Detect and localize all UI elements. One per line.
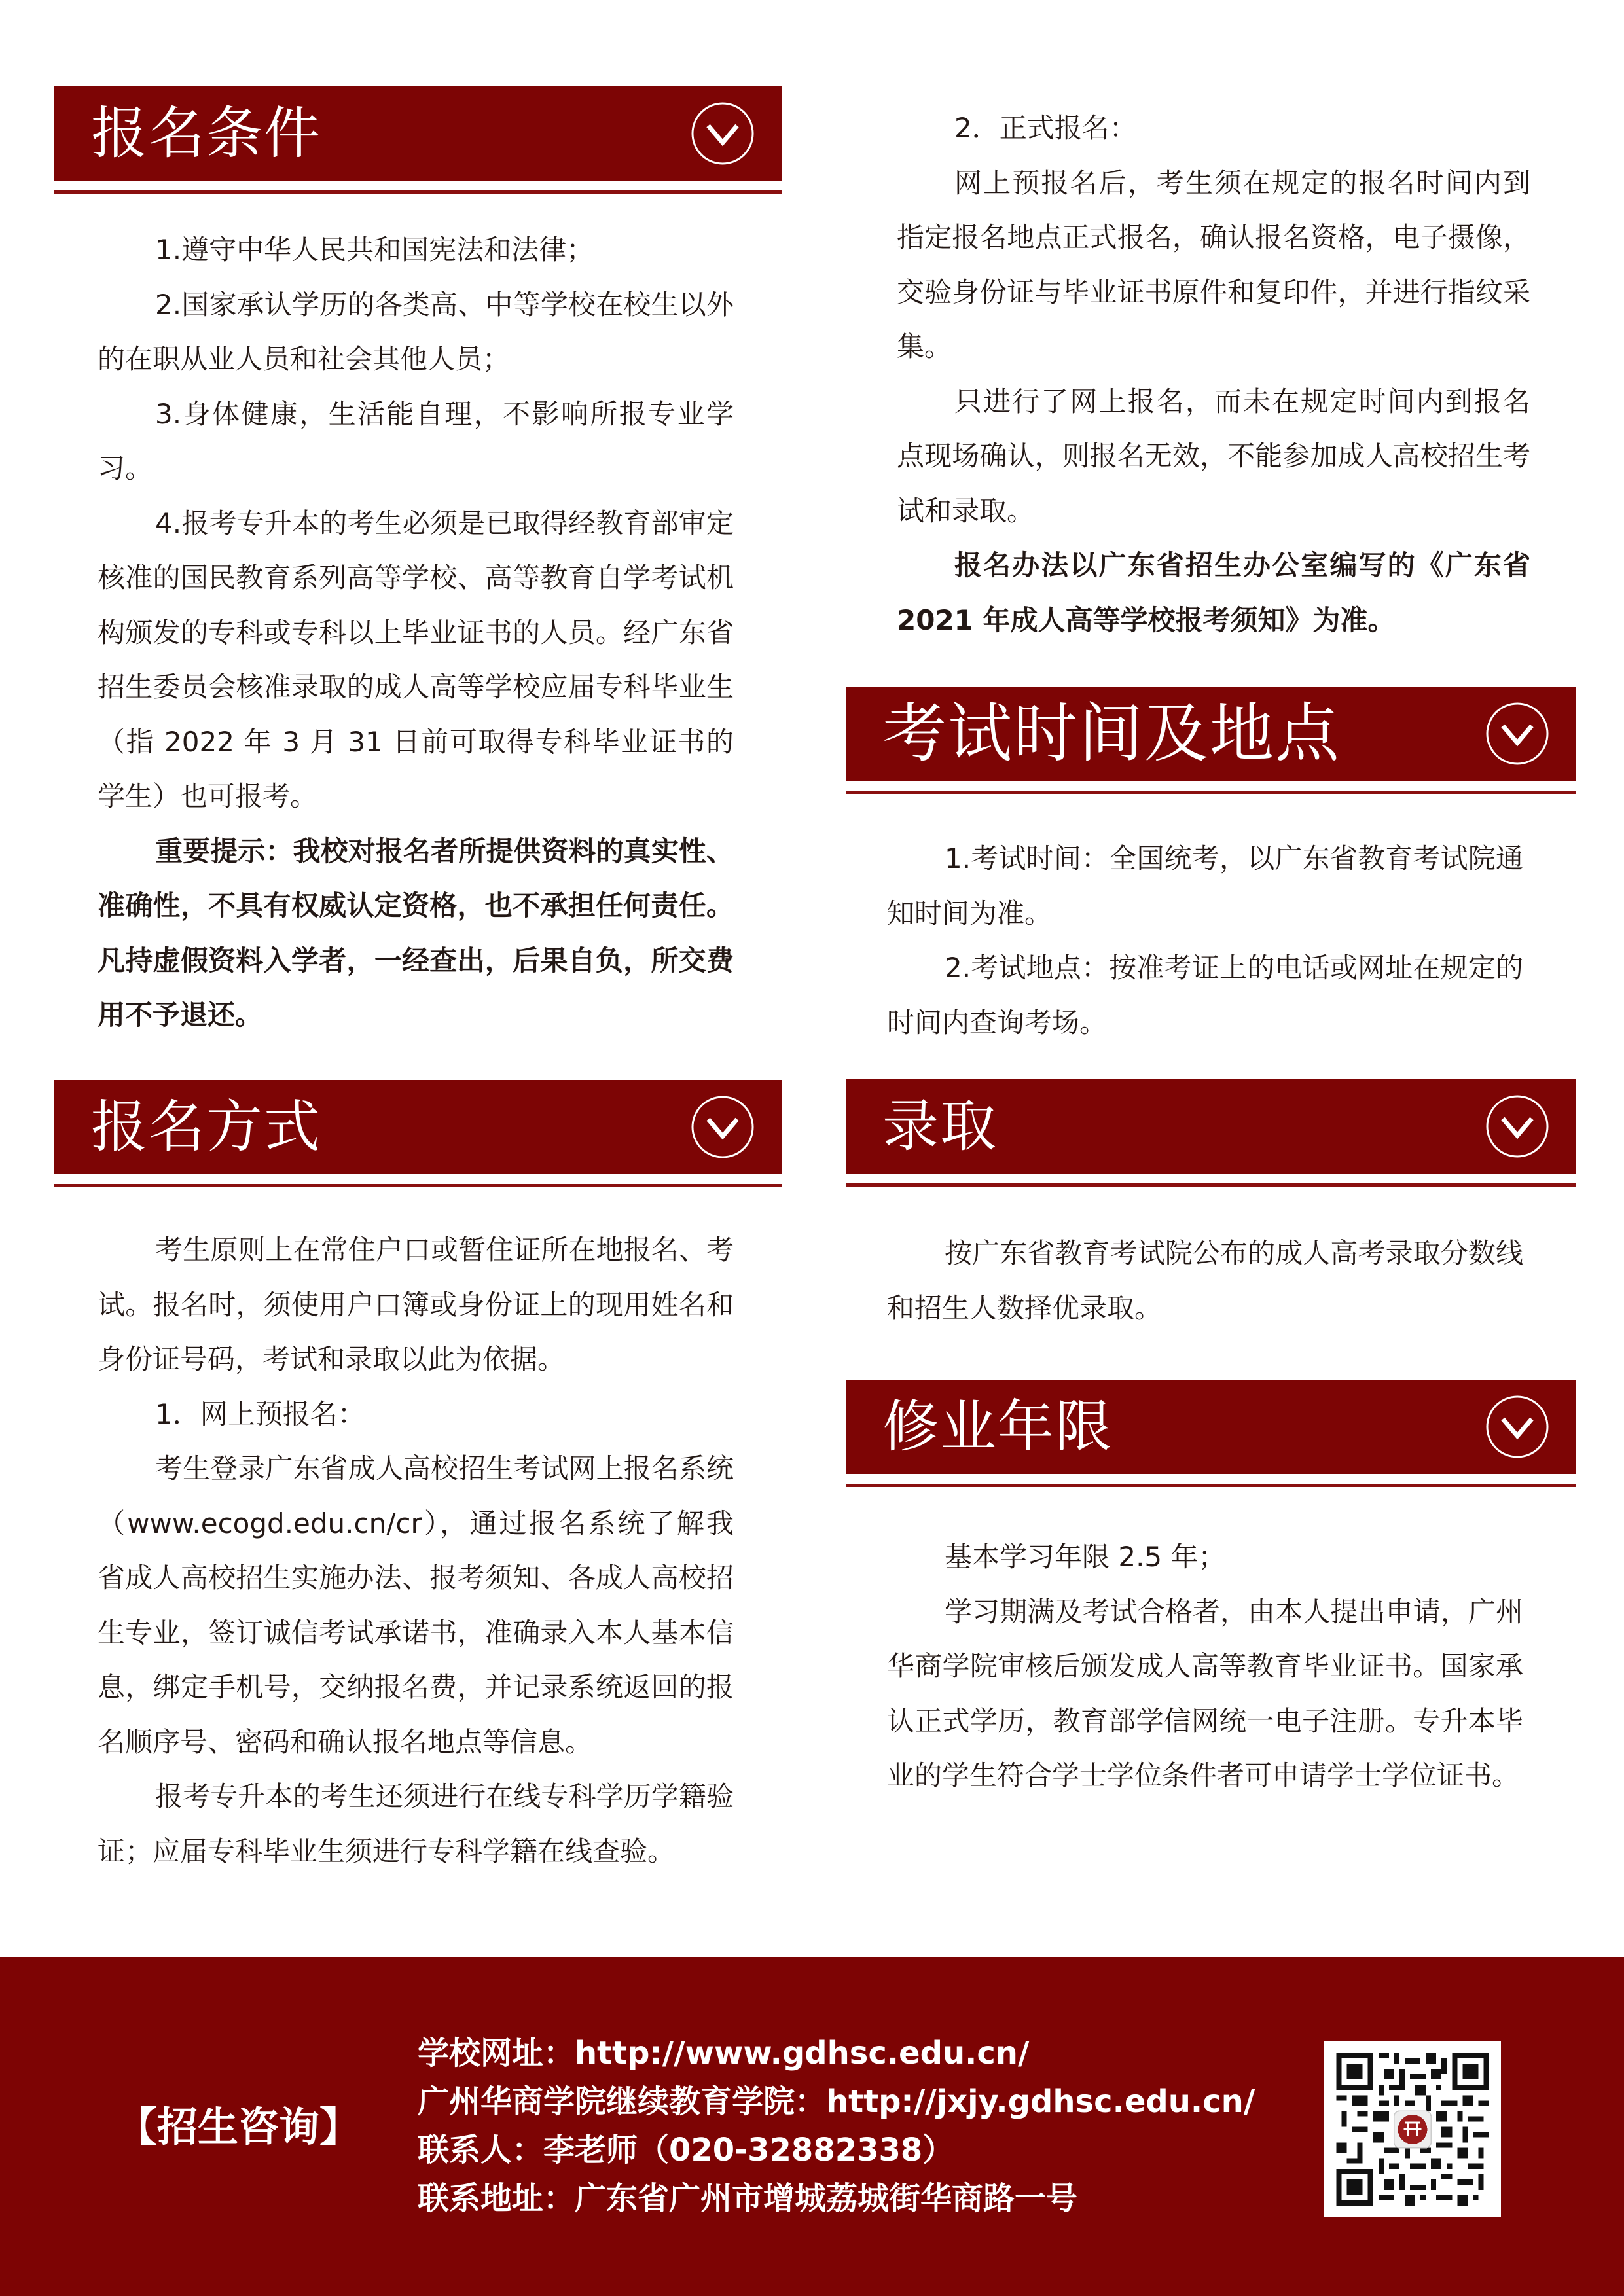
section-title: 报名方式 bbox=[91, 1080, 321, 1174]
section-divider bbox=[846, 1484, 1576, 1487]
important-notice: 重要提示：我校对报名者所提供资料的真实性、准确性，不具有权威认定资格，也不承担任… bbox=[98, 824, 734, 1043]
paragraph: 报考专升本的考生还须进行在线专科学历学籍验证；应届专科毕业生须进行专科学籍在线查… bbox=[98, 1769, 734, 1878]
school-website-line[interactable]: 学校网址：http://www.gdhsc.edu.cn/ bbox=[418, 2029, 1255, 2077]
paragraph: 只进行了网上报名，而未在规定时间内到报名点现场确认，则报名无效，不能参加成人高校… bbox=[897, 374, 1530, 539]
chevron-down-circle-icon[interactable] bbox=[691, 1096, 754, 1158]
section-body-admission: 按广东省教育考试院公布的成人高考录取分数线和招生人数择优录取。 bbox=[887, 1226, 1523, 1335]
paragraph: 按广东省教育考试院公布的成人高考录取分数线和招生人数择优录取。 bbox=[887, 1226, 1523, 1335]
section-header-requirements: 报名条件 bbox=[54, 86, 782, 181]
contact-footer: 【招生咨询】 学校网址：http://www.gdhsc.edu.cn/ 广州华… bbox=[0, 1957, 1624, 2296]
paragraph: 考生原则上在常住户口或暂住证所在地报名、考试。报名时，须使用户口簿或身份证上的现… bbox=[98, 1223, 734, 1387]
section-body-registration: 考生原则上在常住户口或暂住证所在地报名、考试。报名时，须使用户口簿或身份证上的现… bbox=[98, 1223, 734, 1878]
paragraph: 2.国家承认学历的各类高、中等学校在校生以外的在职从业人员和社会其他人员； bbox=[98, 278, 734, 387]
section-divider bbox=[54, 190, 782, 194]
chevron-down-circle-icon[interactable] bbox=[1486, 702, 1549, 765]
paragraph: 1．网上预报名： bbox=[98, 1387, 734, 1442]
paragraph: 3.身体健康，生活能自理，不影响所报专业学习。 bbox=[98, 387, 734, 496]
contact-address-line: 联系地址：广东省广州市增城荔城街华商路一号 bbox=[418, 2174, 1255, 2223]
section-header-exam: 考试时间及地点 bbox=[846, 687, 1576, 781]
paragraph: 网上预报名后，考生须在规定的报名时间内到指定报名地点正式报名，确认报名资格，电子… bbox=[897, 156, 1530, 374]
section-body-requirements: 1.遵守中华人民共和国宪法和法律； 2.国家承认学历的各类高、中等学校在校生以外… bbox=[98, 223, 734, 1043]
section-divider bbox=[846, 791, 1576, 794]
section-divider bbox=[54, 1184, 782, 1187]
section-body-exam: 1.考试时间：全国统考，以广东省教育考试院通知时间为准。 2.考试地点：按准考证… bbox=[887, 831, 1523, 1050]
contact-person-line: 联系人：李老师（020-32882338） bbox=[418, 2126, 1255, 2174]
chevron-down-circle-icon[interactable] bbox=[691, 102, 754, 165]
chevron-down-circle-icon[interactable] bbox=[1486, 1395, 1549, 1458]
section-title: 录取 bbox=[882, 1079, 998, 1174]
paragraph: 2.考试地点：按准考证上的电话或网址在规定的时间内查询考场。 bbox=[887, 941, 1523, 1050]
section-header-registration: 报名方式 bbox=[54, 1080, 782, 1174]
paragraph: 考生登录广东省成人高校招生考试网上报名系统（www.ecogd.edu.cn/c… bbox=[98, 1441, 734, 1769]
section-divider bbox=[846, 1183, 1576, 1187]
qr-code[interactable] bbox=[1324, 2041, 1501, 2217]
chevron-down-circle-icon[interactable] bbox=[1486, 1095, 1549, 1158]
section-title: 考试时间及地点 bbox=[882, 687, 1341, 781]
contact-info: 学校网址：http://www.gdhsc.edu.cn/ 广州华商学院继续教育… bbox=[418, 2029, 1255, 2223]
section-body-registration-continued: 2．正式报名： 网上预报名后，考生须在规定的报名时间内到指定报名地点正式报名，确… bbox=[897, 101, 1530, 647]
paragraph: 学习期满及考试合格者，由本人提出申请，广州华商学院审核后颁发成人高等教育毕业证书… bbox=[887, 1585, 1523, 1803]
paragraph: 4.报考专升本的考生必须是已取得经教育部审定核准的国民教育系列高等学校、高等教育… bbox=[98, 496, 734, 824]
paragraph: 1.遵守中华人民共和国宪法和法律； bbox=[98, 223, 734, 278]
section-title: 报名条件 bbox=[91, 86, 321, 181]
registration-note: 报名办法以广东省招生办公室编写的《广东省 2021 年成人高等学校报考须知》为准… bbox=[897, 538, 1530, 647]
section-title: 修业年限 bbox=[882, 1380, 1113, 1474]
paragraph: 基本学习年限 2.5 年； bbox=[887, 1530, 1523, 1585]
section-header-admission: 录取 bbox=[846, 1079, 1576, 1174]
section-body-duration: 基本学习年限 2.5 年； 学习期满及考试合格者，由本人提出申请，广州华商学院审… bbox=[887, 1530, 1523, 1803]
continuing-education-website-line[interactable]: 广州华商学院继续教育学院：http://jxjy.gdhsc.edu.cn/ bbox=[418, 2077, 1255, 2126]
enrollment-inquiry-label: 【招生咨询】 bbox=[117, 2094, 360, 2153]
qr-code-icon bbox=[1336, 2053, 1489, 2206]
paragraph: 1.考试时间：全国统考，以广东省教育考试院通知时间为准。 bbox=[887, 831, 1523, 941]
section-header-duration: 修业年限 bbox=[846, 1380, 1576, 1474]
paragraph: 2．正式报名： bbox=[897, 101, 1530, 156]
